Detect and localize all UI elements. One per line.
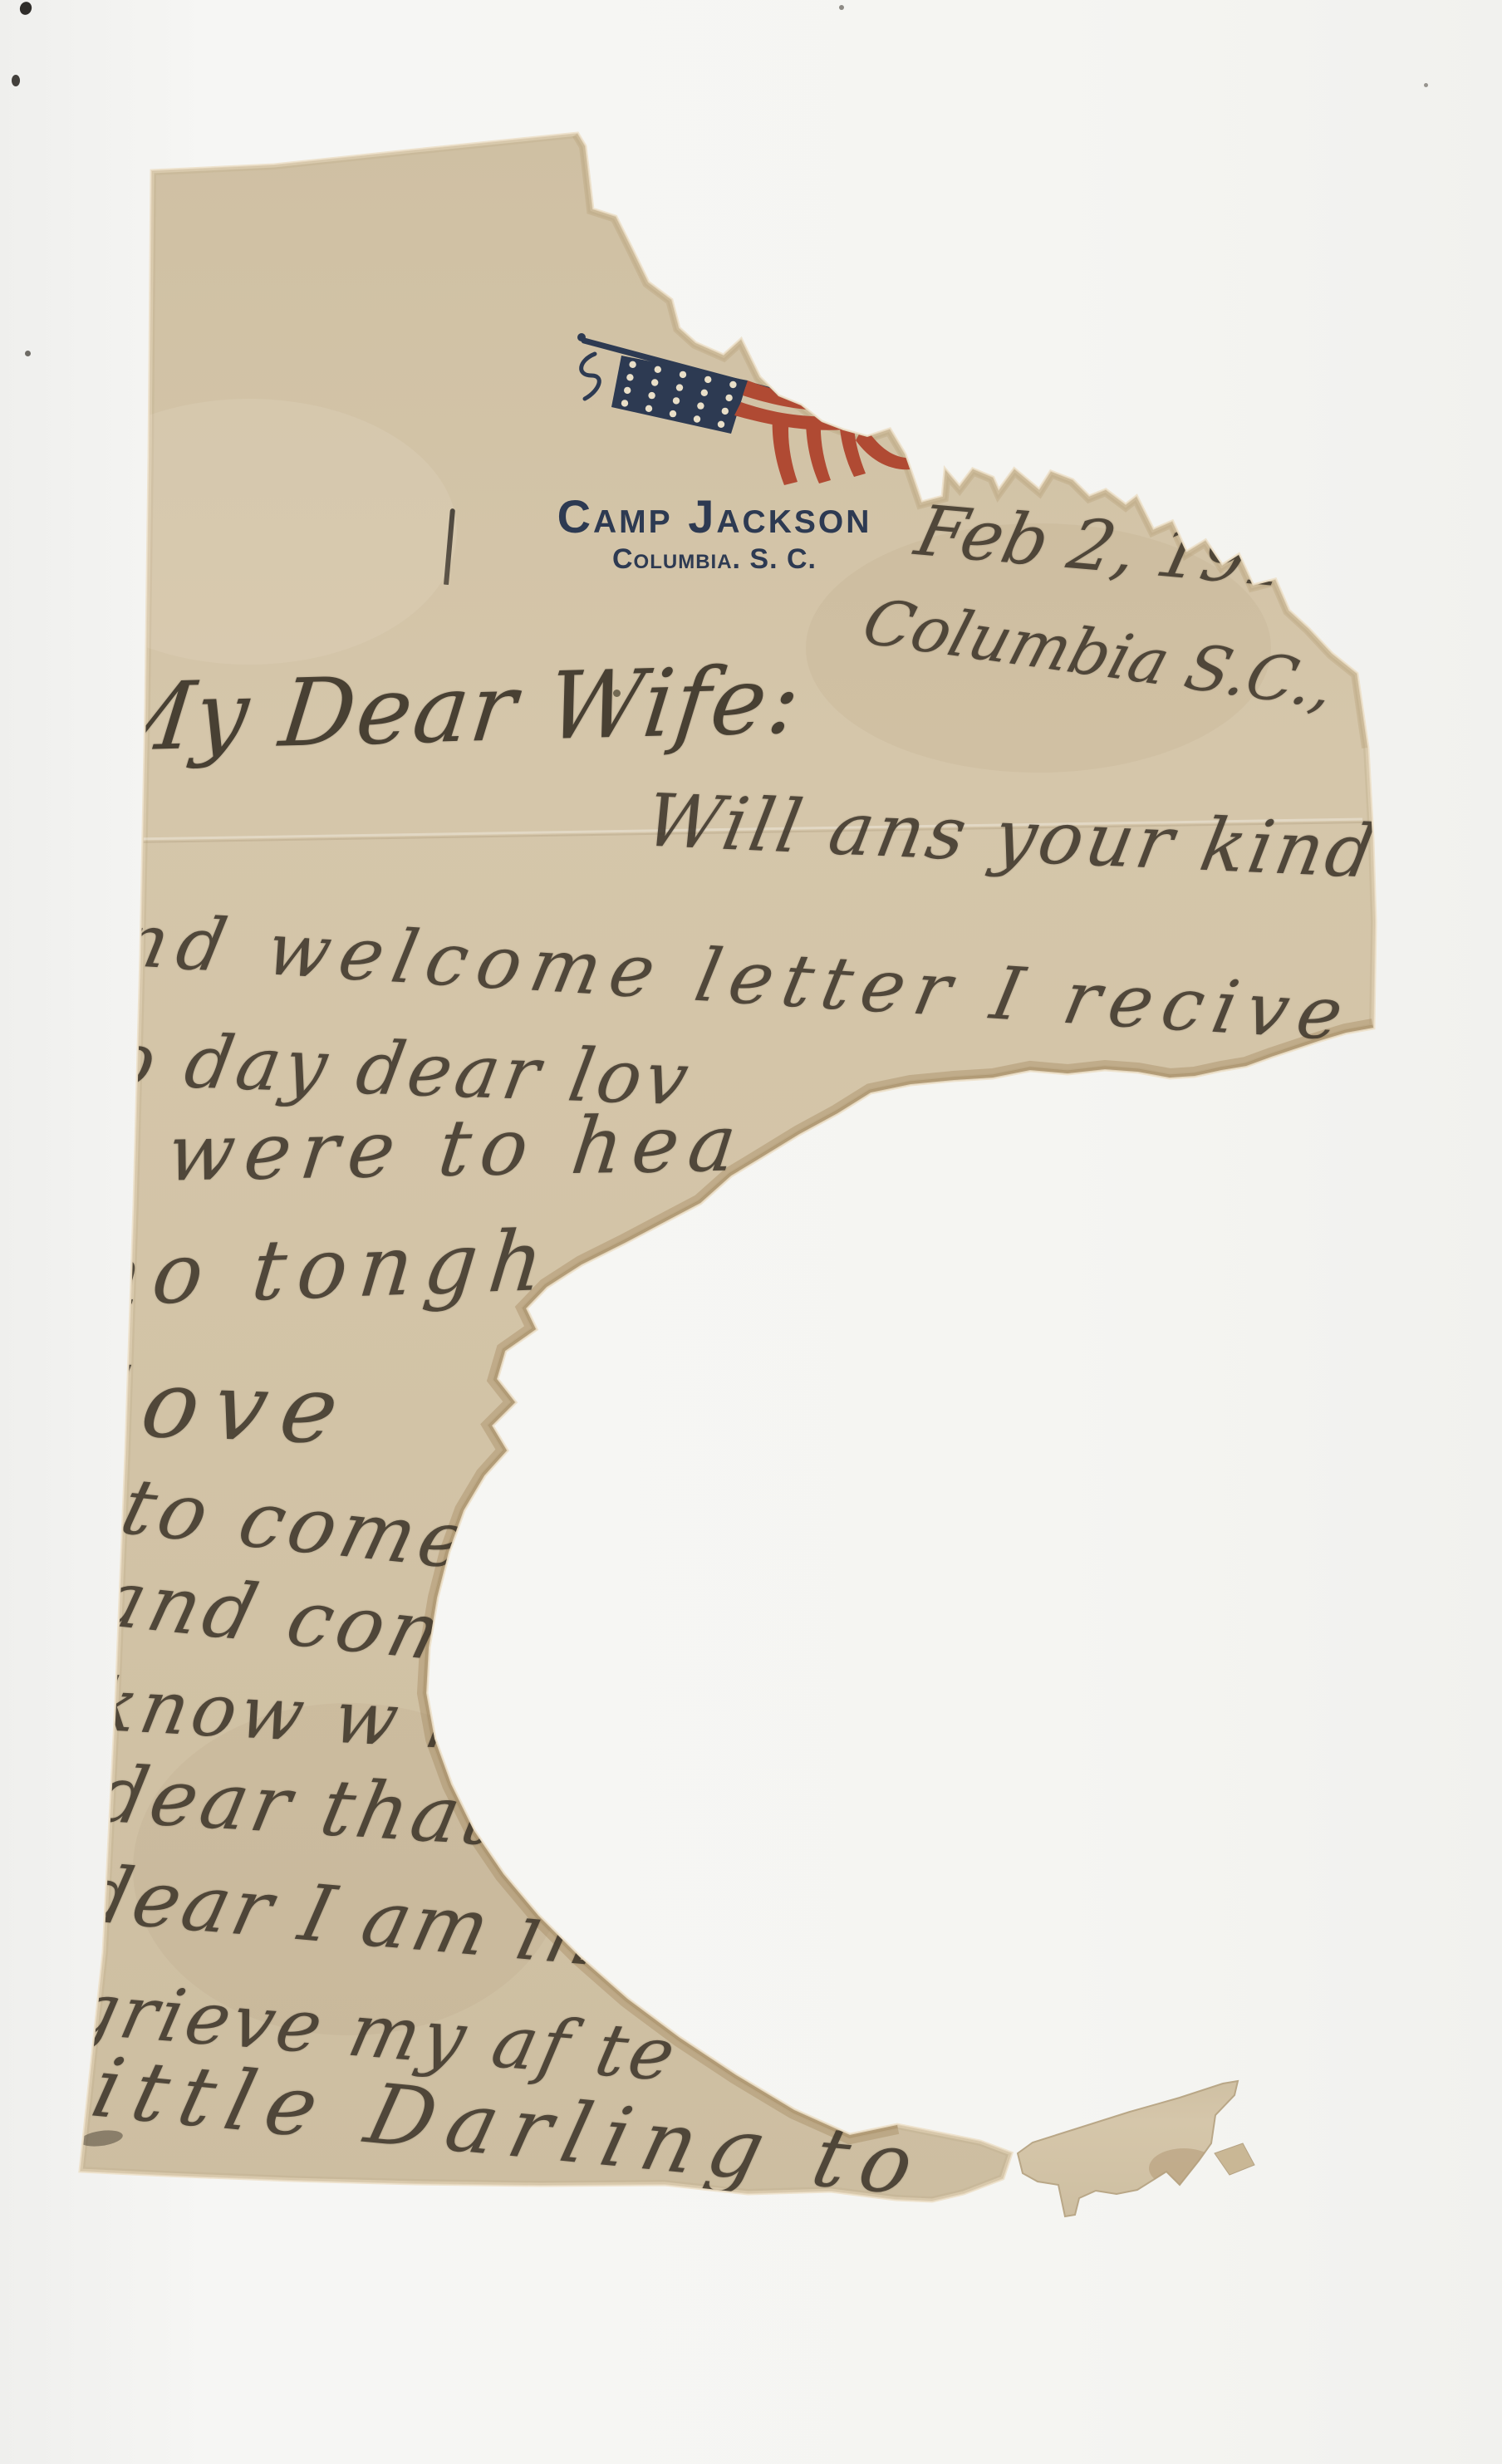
handwritten-salutation: My Dear Wife:	[92, 646, 807, 773]
handwritten-place: Columbia S.C.,	[855, 585, 1343, 723]
scanner-speck	[25, 351, 31, 356]
paper-fragment-flap	[1018, 2081, 1238, 2216]
flag-cord	[582, 354, 600, 399]
handwritten-line: no tongh	[83, 1211, 560, 1325]
letterhead: Camp Jackson Columbia. S. C.	[465, 493, 964, 575]
letterhead-camp-name: Camp Jackson	[465, 493, 964, 540]
letterhead-location: Columbia. S. C.	[465, 544, 964, 575]
scanner-speck	[12, 75, 20, 86]
stray-pen-stroke	[444, 508, 455, 585]
fragment-stain	[1149, 2148, 1219, 2188]
handwritten-line: dear that	[88, 1750, 508, 1863]
scanner-speck	[1424, 83, 1428, 87]
handwritten-line: love	[89, 1349, 361, 1465]
scanner-speck	[839, 5, 844, 10]
handwritten-line: Will ans your kind	[639, 778, 1385, 895]
flag-finial	[577, 333, 586, 341]
paper-crumb	[1215, 2143, 1254, 2175]
scanned-letter-page: Camp Jackson Columbia. S. C. Feb 2, 1918…	[0, 0, 1502, 2464]
handwritten-line: I were to hea	[87, 1098, 751, 1200]
